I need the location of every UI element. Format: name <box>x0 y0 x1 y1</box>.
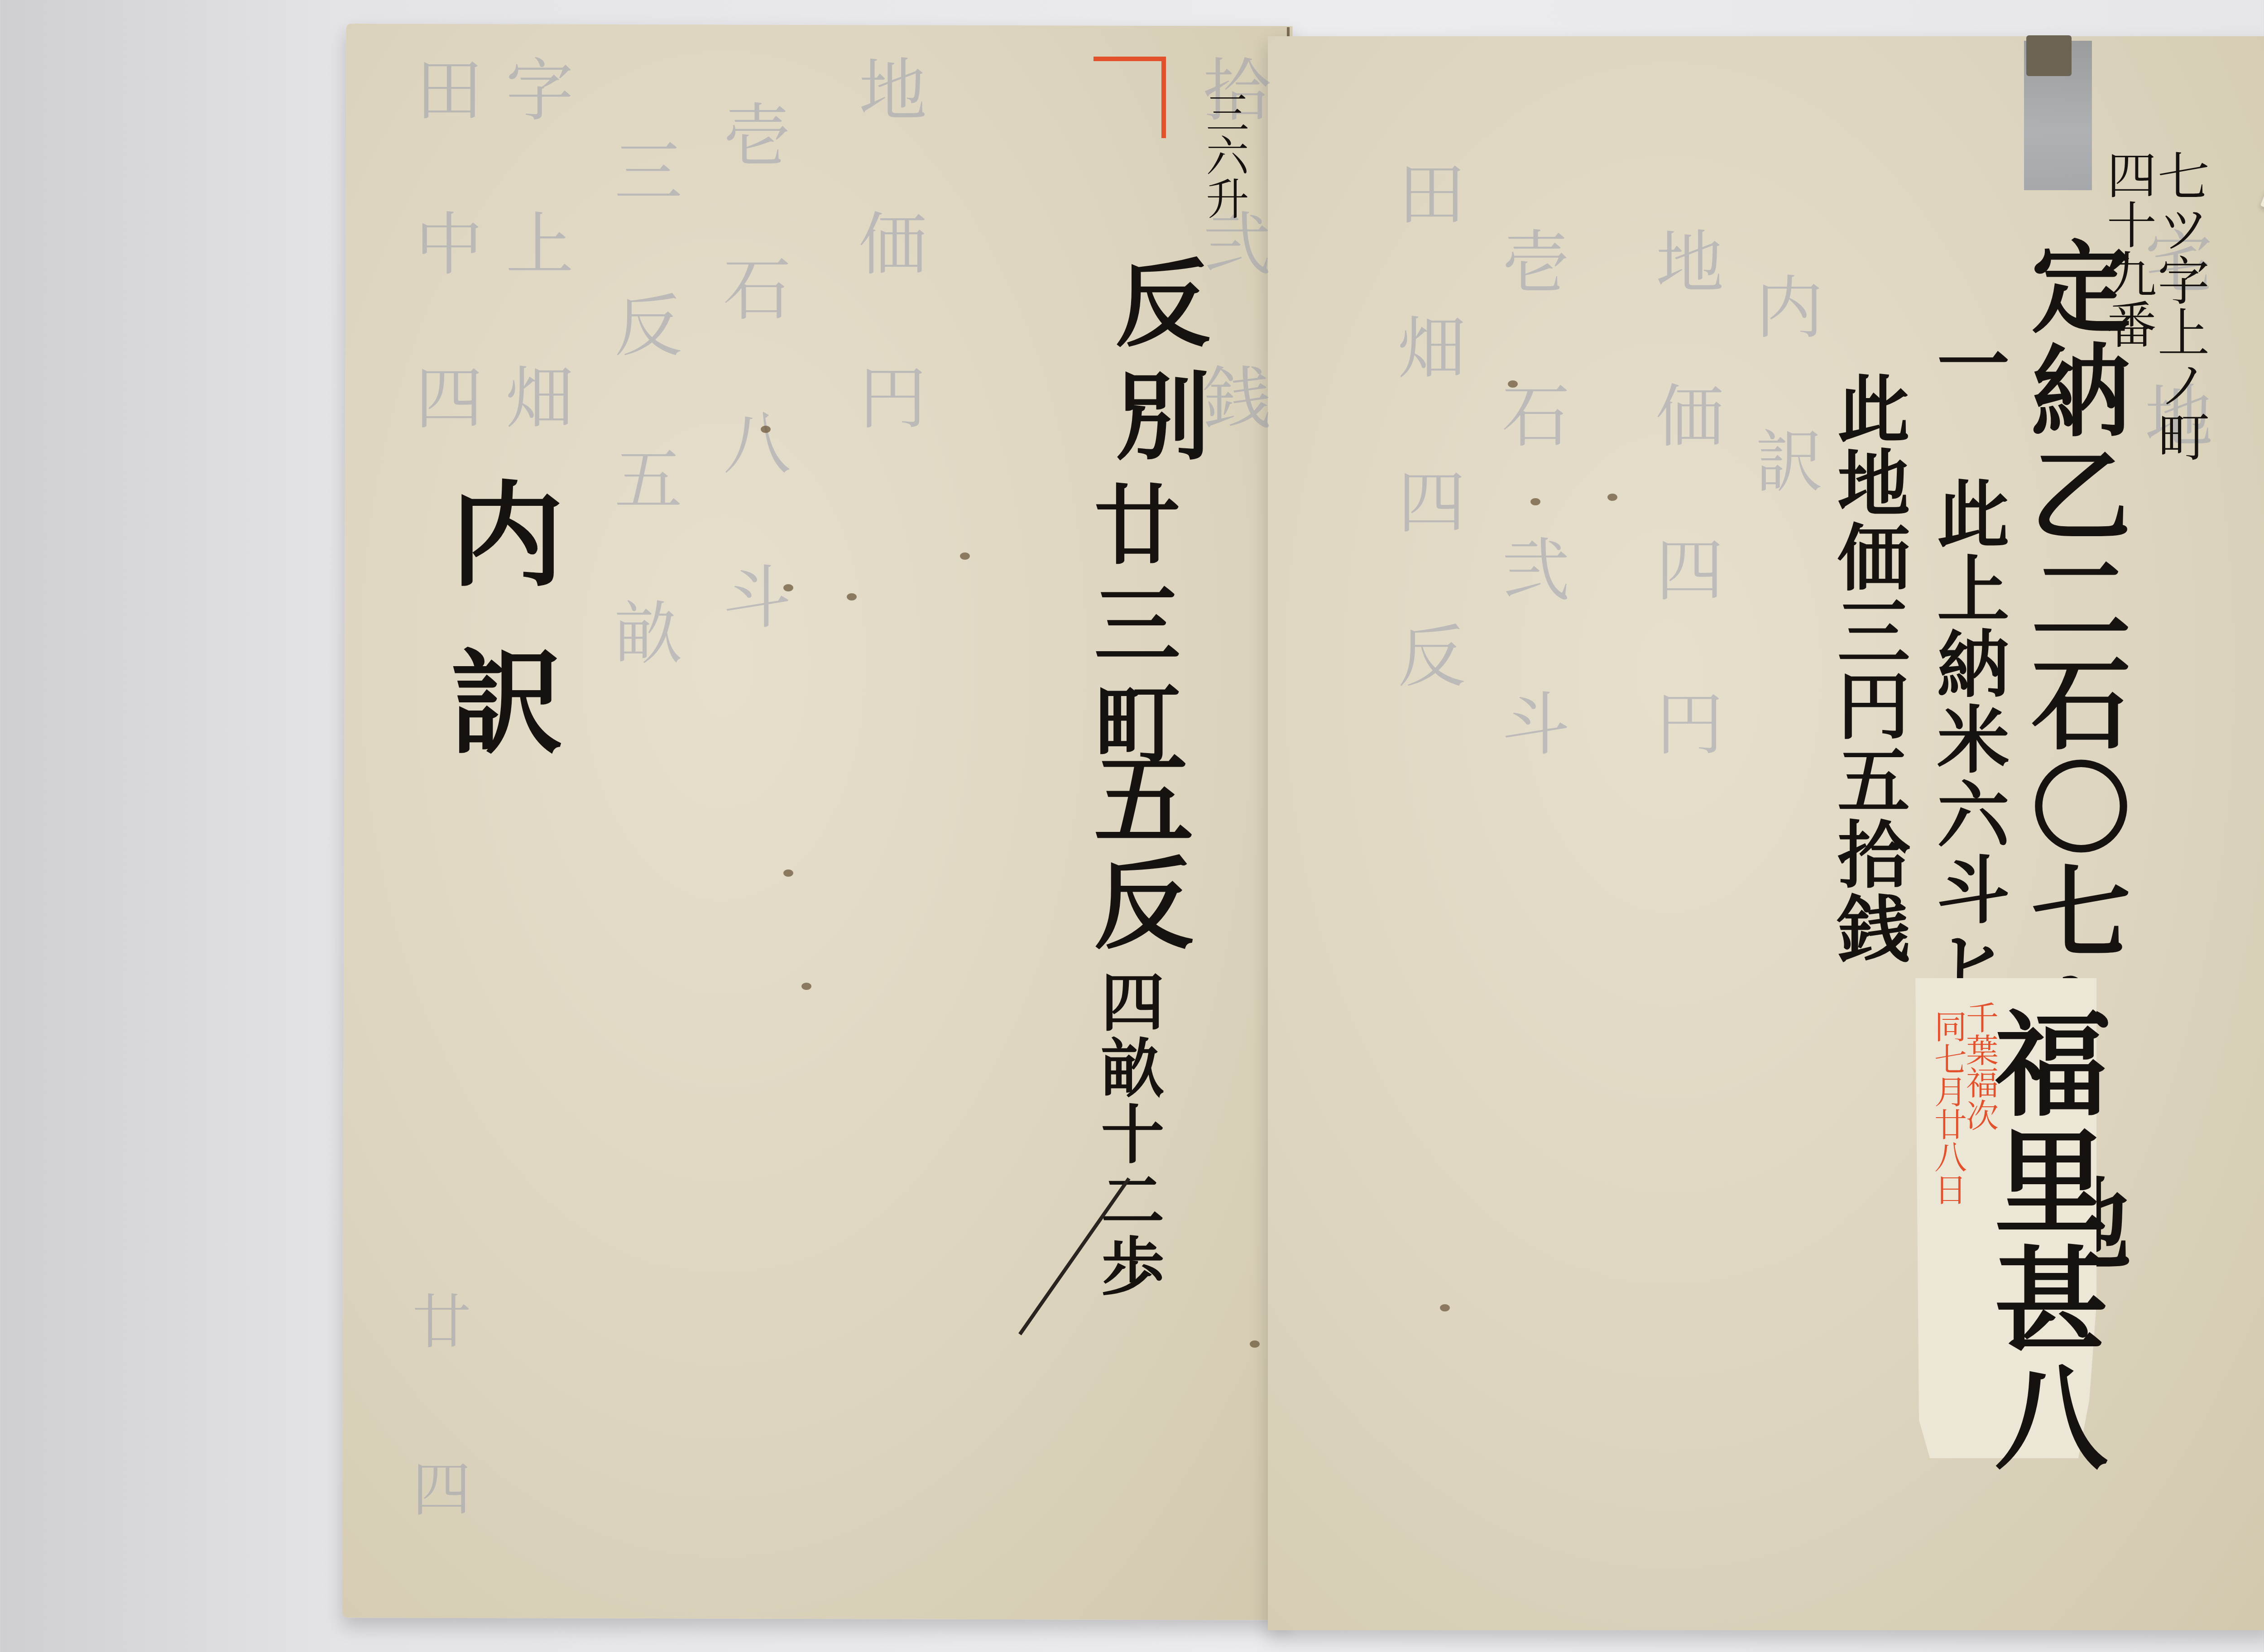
wormhole <box>783 584 793 591</box>
wormhole <box>960 552 970 560</box>
left-bleed-column-4: 壱 石 八 斗 <box>706 100 795 1368</box>
wormhole <box>783 869 793 877</box>
red-bracket-mark <box>1094 57 1166 138</box>
entry-value-area: 廿三町 <box>1069 480 1192 779</box>
right-bleed-column-4: 内 訳 <box>1739 272 1827 1087</box>
binding-clip <box>2026 35 2072 76</box>
wormhole <box>1508 380 1518 388</box>
small-annotation: 三六升 <box>1193 91 1255 220</box>
right-bleed-column-1: 田 畑 四 反 <box>1381 158 1469 1336</box>
left-bleed-column-3: 三 反 五 畝 <box>598 136 686 1404</box>
owner-name: 福里甚八 <box>1961 1005 2124 1476</box>
wormhole <box>1250 1340 1260 1348</box>
right-bleed-column-2: 壱 石 弐 斗 <box>1485 226 1573 1404</box>
open-ledger-book: 田 中 四 字 上 畑 三 反 五 畝 壱 石 八 斗 地 価 円 拾 弐 銭 … <box>0 0 2264 1652</box>
right-bleed-column-3: 地 価 四 円 <box>1639 226 1727 1404</box>
wormhole <box>801 983 811 990</box>
wormhole <box>1530 498 1540 505</box>
wormhole <box>761 426 771 433</box>
wormhole <box>1440 1304 1450 1311</box>
entry-value-se: 四畝十二歩 <box>1082 969 1173 1300</box>
left-bleed-bottom-2: 四 <box>398 1458 475 1594</box>
left-bleed-column-6: 拾 弐 銭 <box>1186 54 1275 1322</box>
left-heading: 内訳 <box>417 475 580 811</box>
tax-line: 一 此上納米六斗ヒ合 <box>1915 326 2019 1078</box>
wormhole <box>1607 494 1617 501</box>
left-bleed-column-5: 地 価 円 <box>842 54 931 1322</box>
entry-value-tan: 五反 <box>1064 747 1207 956</box>
wormhole <box>847 593 857 600</box>
price-line: 此地価三円五拾銭 <box>1816 371 1920 965</box>
entry-label: 反別 <box>1087 254 1223 480</box>
